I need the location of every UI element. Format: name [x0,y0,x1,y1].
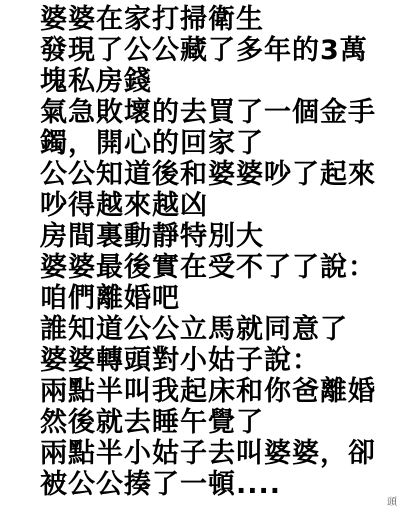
text-line: 吵得越來越凶 [40,190,405,221]
text-line: 咱們離婚吧 [40,283,405,314]
text-line: 誰知道公公立馬就同意了 [40,314,405,345]
text-line: 氣急敗壞的去買了一個金手 [40,97,405,128]
watermark-label: 頭 [387,493,397,508]
joke-text-block: 婆婆在家打掃衛生 發現了公公藏了多年的3萬 塊私房錢 氣急敗壞的去買了一個金手 … [40,4,405,500]
text-line: 發現了公公藏了多年的3萬 [40,35,405,66]
text-line: 鐲，開心的回家了 [40,128,405,159]
text-line: 兩點半叫我起床和你爸離婚 [40,376,405,407]
text-line: 被公公揍了一頓.... [40,469,405,500]
text-line: 然後就去睡午覺了 [40,407,405,438]
text-line: 塊私房錢 [40,66,405,97]
text-line: 公公知道後和婆婆吵了起來 [40,159,405,190]
text-line: 婆婆轉頭對小姑子說： [40,345,405,376]
text-line: 兩點半小姑子去叫婆婆，卻 [40,438,405,469]
text-line: 婆婆在家打掃衛生 [40,4,405,35]
text-line: 房間裏動靜特別大 [40,221,405,252]
text-line: 婆婆最後實在受不了了說： [40,252,405,283]
